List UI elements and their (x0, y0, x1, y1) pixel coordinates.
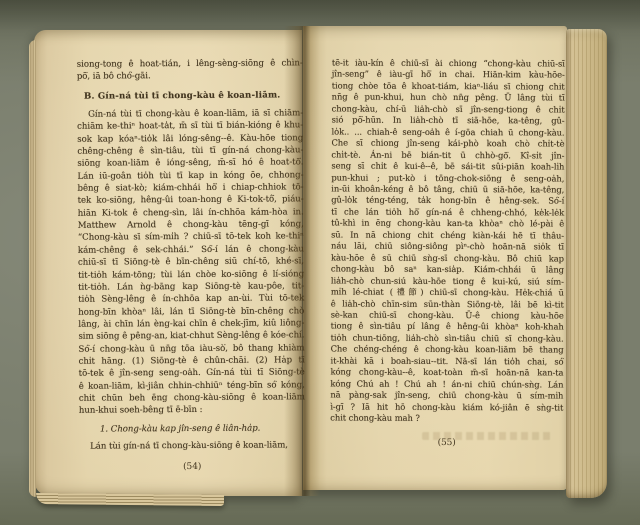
text-line: siōng koan-liām ê ióng-sêng, m̄-sī hó ê … (77, 157, 303, 171)
left-page-bottom-edges (36, 493, 224, 506)
text-line: gû-lo̍k téng-téng, ta̍k hong-bīn ê hêng-… (331, 195, 564, 207)
paragraph: siong-tong ê hoat-tián, i lêng-sèng-siōn… (77, 57, 303, 83)
text-line: Che sī chiong jîn-seng kái-phò koah chò … (331, 138, 564, 150)
paragraph: tē-it iàu-kín ê chiū-sī ài chiong “chong… (330, 57, 565, 425)
text-line: “Chong-kàu sī sím-mi̍h ? chiū-sī tō-tek … (78, 231, 304, 245)
text-line: chit chūn beh ēng chong-kàu-siōng ê koan… (79, 391, 305, 405)
text-line: tek ko-siōng, hêng-ûi toan-hong ê Ki-tok… (78, 194, 304, 208)
left-page-side-edges (29, 40, 36, 497)
text-line: chong-kàu bô saⁿ kan-sia̍p. Kiám-chhái ū… (331, 264, 564, 276)
text-line: seng sī chi̍t ê kui-ê--ê, bē sái-tit sûi… (331, 161, 564, 173)
text-line: kóng chong-kàu--ê, koat-toàn m̄-sī hoān-… (330, 367, 563, 379)
numbered-subheading: 1. Chong-kàu kap jîn-seng ê liân-ha̍p. (79, 422, 305, 436)
text-line: mi̍h lé-chiat (禮節) chiū-sī chong-kàu. He… (331, 287, 564, 299)
text-line: Lán tùi gín-ná tī chong-kàu-siōng ê koan… (79, 439, 305, 453)
left-page-text: siong-tong ê hoat-tián, i lêng-sèng-siōn… (77, 57, 306, 474)
text-line: sim siōng ê pêng-an, kiat-chhut Sèng-lên… (78, 330, 304, 344)
book-photo: siong-tong ê hoat-tián, i lêng-sèng-siōn… (0, 0, 640, 525)
text-line: chiū-sī tī Siōng-tè ê bīn-chêng siū chí-… (78, 255, 304, 269)
text-line: chit chong-kàu mah ? (330, 413, 563, 425)
fore-edge-page-stack (566, 29, 607, 498)
section-heading: B. Gín-ná tùi tī chong-kàu ê koan-liām. (77, 89, 303, 103)
text-line: tio̍h Sèng-lêng ê ín-chhōa kap an-ùi. Tù… (78, 292, 304, 306)
text-line: tō-tek ê jîn-seng seng-oa̍h. Gín-ná tùi … (79, 367, 305, 381)
text-line: pō͘, iā bô chó͘-gāi. (77, 70, 303, 84)
page-number: (54) (79, 461, 305, 475)
paragraph: Gín-ná tùi tī chong-kàu ê koan-liām, iā … (77, 107, 305, 417)
text-line: jîn-seng” ê iàu-gī hō͘ in chai. Hiān-kim… (332, 69, 565, 81)
text-line: B. Gín-ná tùi tī chong-kàu ê koan-liām. (77, 89, 303, 103)
text-line: tû-khì in ēng chong-kàu kan-ta khòaⁿ chò… (331, 218, 564, 230)
text-line: ê lia̍h-chò chīn-sim sūn-thàn Siōng-tè, … (331, 298, 564, 310)
text-line: nn̄g ê pun-khui, hun chò nn̄g pêng. Ū lâ… (332, 92, 565, 104)
text-line: tit-tio̍h kám-tōng; tùi lán chòe ko-siōn… (78, 268, 304, 282)
text-line: Che chéng-chéng ê chong-kàu koan-liām bē… (331, 344, 564, 356)
text-line: hun-khui soeh-bêng tī ē-bīn : (79, 404, 305, 418)
text-line: náu lāi, chiū siông-siông pìⁿ-chò hoān-n… (331, 241, 564, 253)
open-book: siong-tong ê hoat-tián, i lêng-sèng-siōn… (0, 0, 640, 525)
text-line: siong-tong ê hoat-tián, i lêng-sèng-siōn… (77, 57, 303, 71)
text-line: 1. Chong-kàu kap jîn-seng ê liân-ha̍p. (79, 422, 305, 436)
show-through-text (422, 432, 552, 440)
paragraph: Lán tùi gín-ná tī chong-kàu-siōng ê koan… (79, 439, 305, 453)
text-line: sió pō͘-hūn. In lia̍h-chò tī siā-hōe, ka… (332, 115, 565, 127)
text-line: tiong ê sìn-tiâu pí lâng ê hêng-ûi khòaⁿ… (331, 321, 564, 333)
text-line: nā pàng-sak jîn-seng, chiū chong-kàu ū s… (330, 390, 563, 402)
right-page-text: tē-it iàu-kín ê chiū-sī ài chiong “chong… (330, 57, 565, 449)
text-line: pun-khui ; put-kò i tōng-chok-siōng ê se… (331, 172, 564, 184)
text-line: chiām ke-thiⁿ hoat-ta̍t, m̄ sī tùi tī bi… (77, 120, 303, 134)
